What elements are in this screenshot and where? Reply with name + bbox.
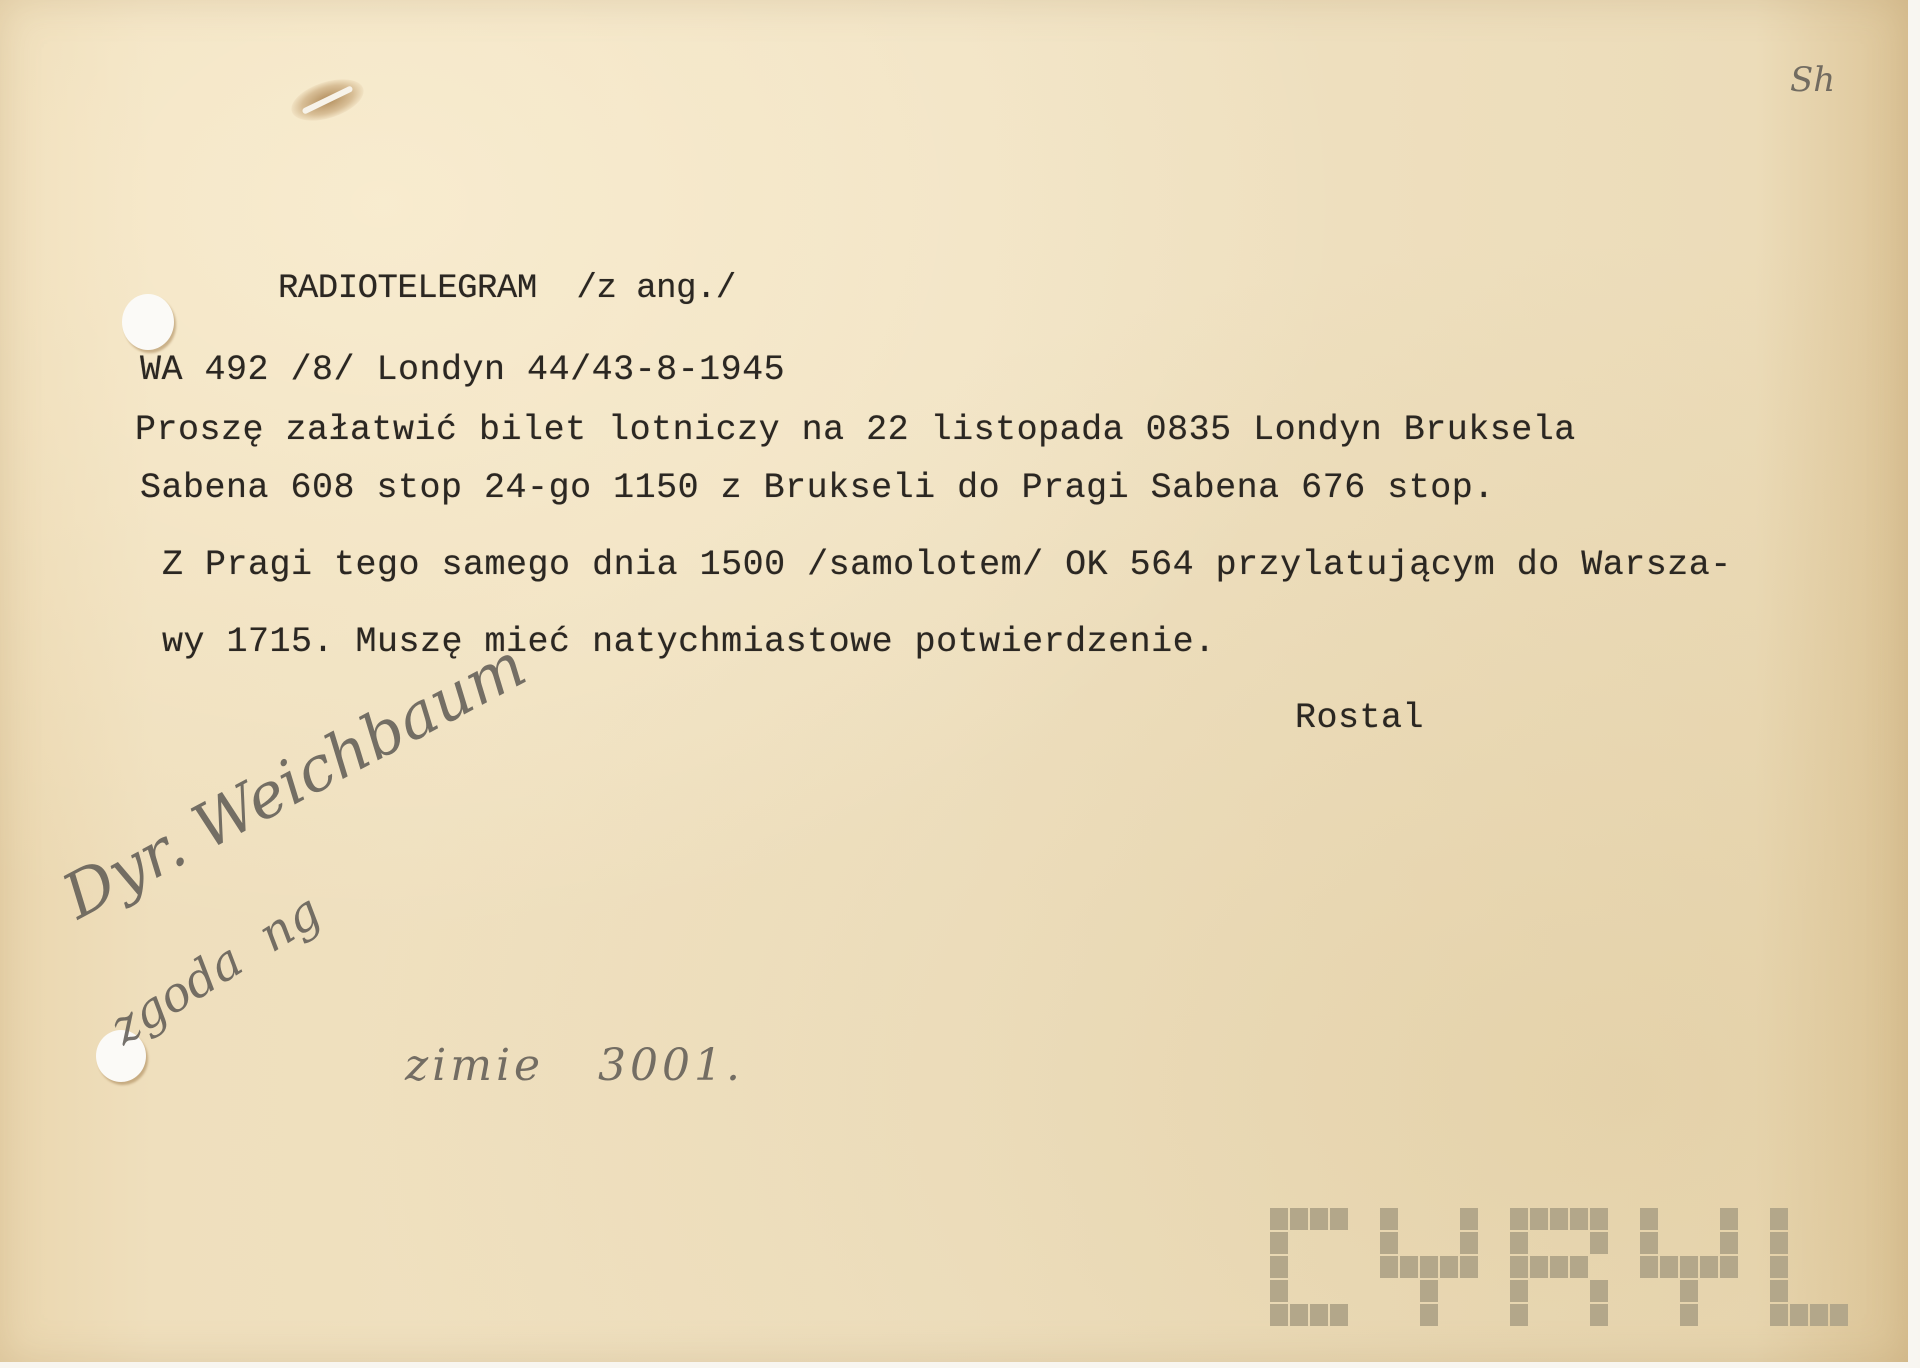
pencil-note-bottom: zimie 3001.	[405, 1040, 744, 1091]
body-line-1: Proszę załatwić bilet lotniczy na 22 lis…	[135, 410, 1576, 450]
pencil-note-approval: zgoda ng	[100, 883, 330, 1056]
scan-border-right	[1908, 0, 1920, 1368]
reference-line: WA 492 /8/ Londyn 44/43-8-1945	[140, 350, 785, 390]
document-page: Sh RADIOTELEGRAM /z ang./ WA 492 /8/ Lon…	[0, 0, 1908, 1362]
rust-stain	[286, 71, 368, 128]
body-line-4: wy 1715. Muszę mieć natychmiastowe potwi…	[162, 622, 1216, 662]
body-line-2: Sabena 608 stop 24-go 1150 z Brukseli do…	[140, 468, 1495, 508]
body-line-3: Z Pragi tego samego dnia 1500 /samolotem…	[162, 545, 1732, 585]
corner-mark: Sh	[1790, 60, 1835, 100]
signature: Rostal	[1295, 698, 1424, 738]
scan-border-bottom	[0, 1362, 1920, 1368]
punch-hole-top	[122, 294, 174, 350]
document-heading: RADIOTELEGRAM /z ang./	[278, 270, 736, 308]
